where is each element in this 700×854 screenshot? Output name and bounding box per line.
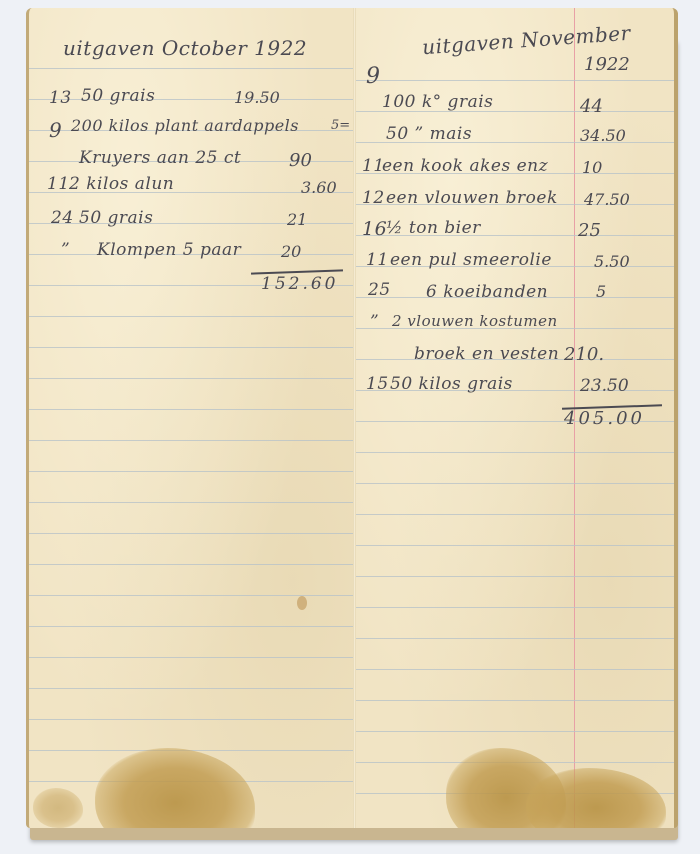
rule-line	[356, 669, 674, 670]
day-marker: 9	[366, 64, 381, 89]
entry-text: een vlouwen broek	[386, 188, 558, 208]
entry-day: ”	[370, 312, 379, 332]
entry-day: 13	[49, 88, 72, 108]
rule-line	[356, 545, 674, 546]
entry-amount: 210.	[564, 344, 604, 365]
entry-text: 200 kilos plant aardappels	[71, 116, 299, 135]
water-stain	[526, 768, 666, 828]
entry-day: 15	[366, 374, 389, 394]
rule-line	[29, 316, 359, 317]
entry-text: 2 vlouwen kostumen	[392, 312, 558, 330]
rule-line	[356, 483, 674, 484]
left-page-title: uitgaven October 1922	[63, 36, 307, 60]
rule-line	[29, 68, 359, 69]
rule-line	[29, 471, 359, 472]
entry-text: een pul smeerolie	[390, 250, 552, 270]
entry-text: 50 grais	[79, 208, 153, 228]
rule-line	[356, 514, 674, 515]
rule-line	[356, 700, 674, 701]
entry-text: broek en vesten	[414, 344, 559, 364]
ink-spot	[297, 596, 307, 610]
right-page: uitgaven November 1922 9 100 k° grais 44…	[356, 8, 678, 828]
rule-line	[29, 595, 359, 596]
entry-text: een kook akes enz	[382, 156, 548, 176]
entry-amount: 20	[281, 242, 301, 261]
rule-line	[29, 657, 359, 658]
rule-line	[356, 452, 674, 453]
entry-day: ”	[61, 240, 70, 260]
entry-amount: 3.60	[301, 178, 337, 197]
entry-text: Kruyers aan 25 ct	[79, 148, 241, 168]
entry-day: 11	[47, 174, 70, 194]
rule-line	[29, 533, 359, 534]
entry-amount: 34.50	[580, 126, 626, 145]
entry-amount: 21	[287, 210, 307, 229]
water-stain	[95, 748, 255, 828]
rule-line	[29, 502, 359, 503]
entry-day: 16	[362, 218, 387, 240]
rule-line	[29, 99, 359, 100]
entry-day: 9	[49, 118, 62, 142]
rule-line	[356, 607, 674, 608]
rule-line	[29, 409, 359, 410]
entry-amount: 5.50	[594, 252, 630, 271]
entry-text: 2 kilos alun	[69, 174, 174, 194]
rule-line	[356, 638, 674, 639]
entry-amount: 10	[582, 158, 602, 177]
entry-amount: 25	[578, 220, 601, 241]
entry-text: 6 koeibanden	[426, 282, 548, 302]
left-total: 152.60	[261, 274, 338, 294]
entry-amount: 5	[596, 282, 606, 301]
rule-line	[356, 80, 674, 81]
entry-amount: 47.50	[584, 190, 630, 209]
rule-line	[29, 378, 359, 379]
water-stain	[33, 788, 83, 828]
entry-amount: 44	[580, 96, 603, 117]
right-total: 405.00	[564, 408, 645, 429]
rule-line	[356, 576, 674, 577]
entry-day: 24	[51, 208, 74, 228]
entry-day: 12	[362, 188, 385, 208]
right-page-year: 1922	[584, 54, 630, 75]
rule-line	[29, 440, 359, 441]
left-page: uitgaven October 1922 13 50 grais 19.50 …	[26, 8, 359, 828]
rule-line	[29, 719, 359, 720]
rule-line	[29, 564, 359, 565]
rule-line	[29, 347, 359, 348]
entry-amount: 19.50	[234, 88, 280, 107]
entry-amount: 23.50	[580, 376, 629, 396]
entry-day: 11	[366, 250, 389, 270]
entry-text: 100 k° grais	[382, 92, 493, 112]
rule-line	[29, 626, 359, 627]
entry-text: 50 kilos grais	[390, 374, 513, 394]
entry-text: ½ ton bier	[386, 218, 481, 238]
entry-text: Klompen 5 paar	[97, 240, 241, 260]
entry-text: 50 grais	[81, 86, 155, 106]
rule-line	[29, 688, 359, 689]
entry-amount: 5=	[331, 118, 350, 133]
entry-text: 50 ” mais	[386, 124, 472, 144]
entry-day: 25	[368, 280, 391, 300]
entry-amount: 90	[289, 150, 312, 171]
rule-line	[356, 731, 674, 732]
